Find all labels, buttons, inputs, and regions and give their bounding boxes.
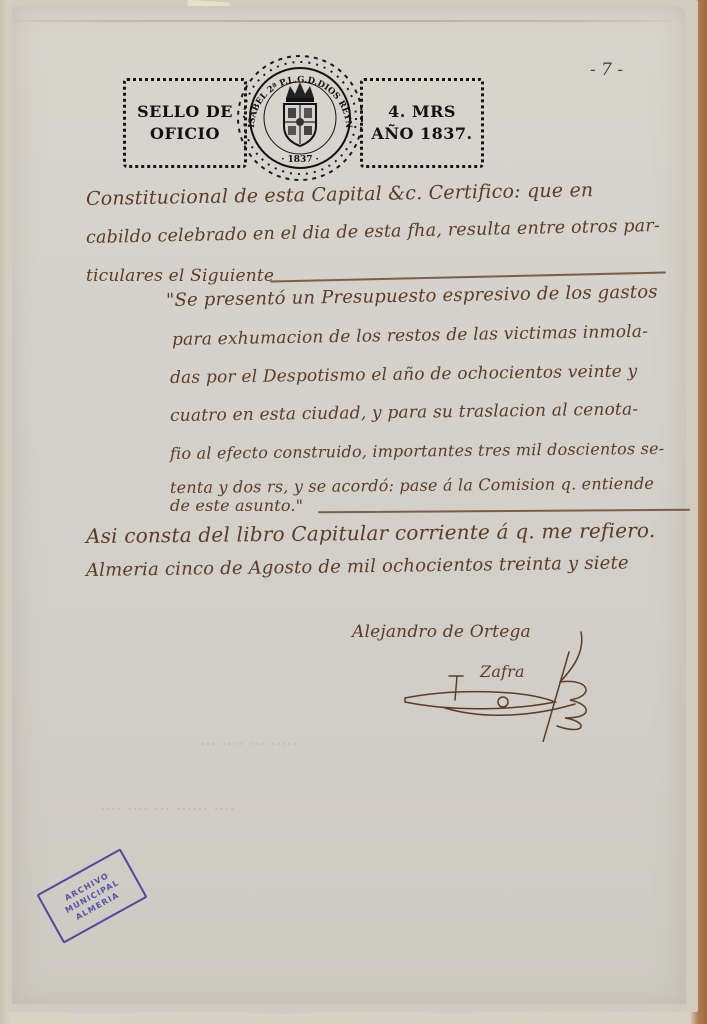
seal-year: · 1837 · — [281, 155, 319, 165]
quoted-line: de este asunto." — [170, 496, 303, 515]
bleed-through-text: ··· ···· ··· ····· — [200, 735, 297, 755]
page-crease — [12, 20, 672, 22]
signature-flourish-icon — [345, 612, 605, 742]
royal-seal-icon: ISABEL 2ª P.L.G.D.DIOS REYNA DE ESP.ª Y … — [232, 50, 368, 186]
page-number: - 7 - — [590, 60, 623, 80]
stamp-box-value-year: 4. MRS AÑO 1837. — [360, 78, 484, 168]
bleed-through-text: ···· ···· ··· ······ ···· — [100, 800, 235, 820]
stamp-box-sello-de-oficio: SELLO DE OFICIO — [123, 78, 247, 168]
stamp-text: SELLO DE — [137, 101, 233, 123]
stamp-text: 4. MRS — [388, 101, 456, 123]
stamp-text: OFICIO — [150, 123, 220, 145]
body-line: ticulares el Siguiente — [86, 266, 274, 286]
stamp-text: AÑO 1837. — [371, 123, 472, 145]
